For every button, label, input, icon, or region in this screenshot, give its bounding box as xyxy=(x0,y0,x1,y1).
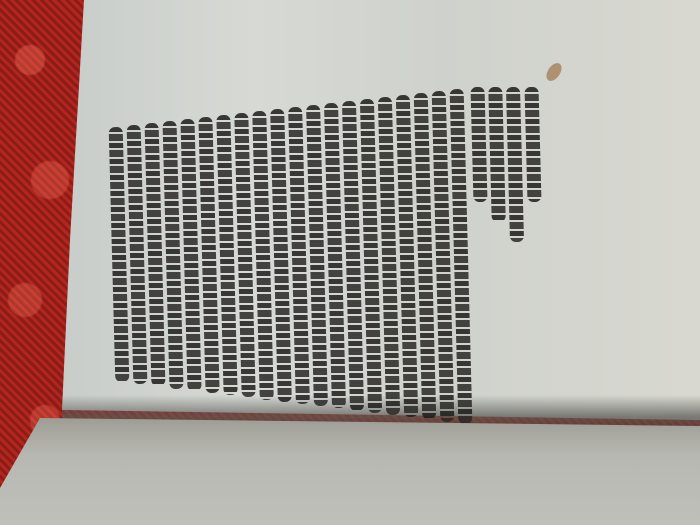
handwritten-text-block xyxy=(118,82,550,440)
text-line xyxy=(496,82,498,440)
text-line xyxy=(136,82,138,440)
text-line xyxy=(514,82,516,440)
text-line xyxy=(262,82,264,440)
text-line xyxy=(172,82,174,440)
text-line xyxy=(118,82,120,440)
text-line xyxy=(334,82,336,440)
text-line xyxy=(226,82,228,440)
text-line xyxy=(424,82,426,440)
text-line xyxy=(208,82,210,440)
text-line xyxy=(532,82,534,440)
text-line xyxy=(280,82,282,440)
text-line xyxy=(388,82,390,440)
text-line xyxy=(406,82,408,440)
text-line xyxy=(460,82,462,440)
text-line xyxy=(154,82,156,440)
text-line xyxy=(190,82,192,440)
text-line xyxy=(442,82,444,440)
text-line xyxy=(478,82,480,440)
text-line xyxy=(316,82,318,440)
text-line xyxy=(244,82,246,440)
text-line xyxy=(370,82,372,440)
text-line xyxy=(298,82,300,440)
text-line xyxy=(352,82,354,440)
